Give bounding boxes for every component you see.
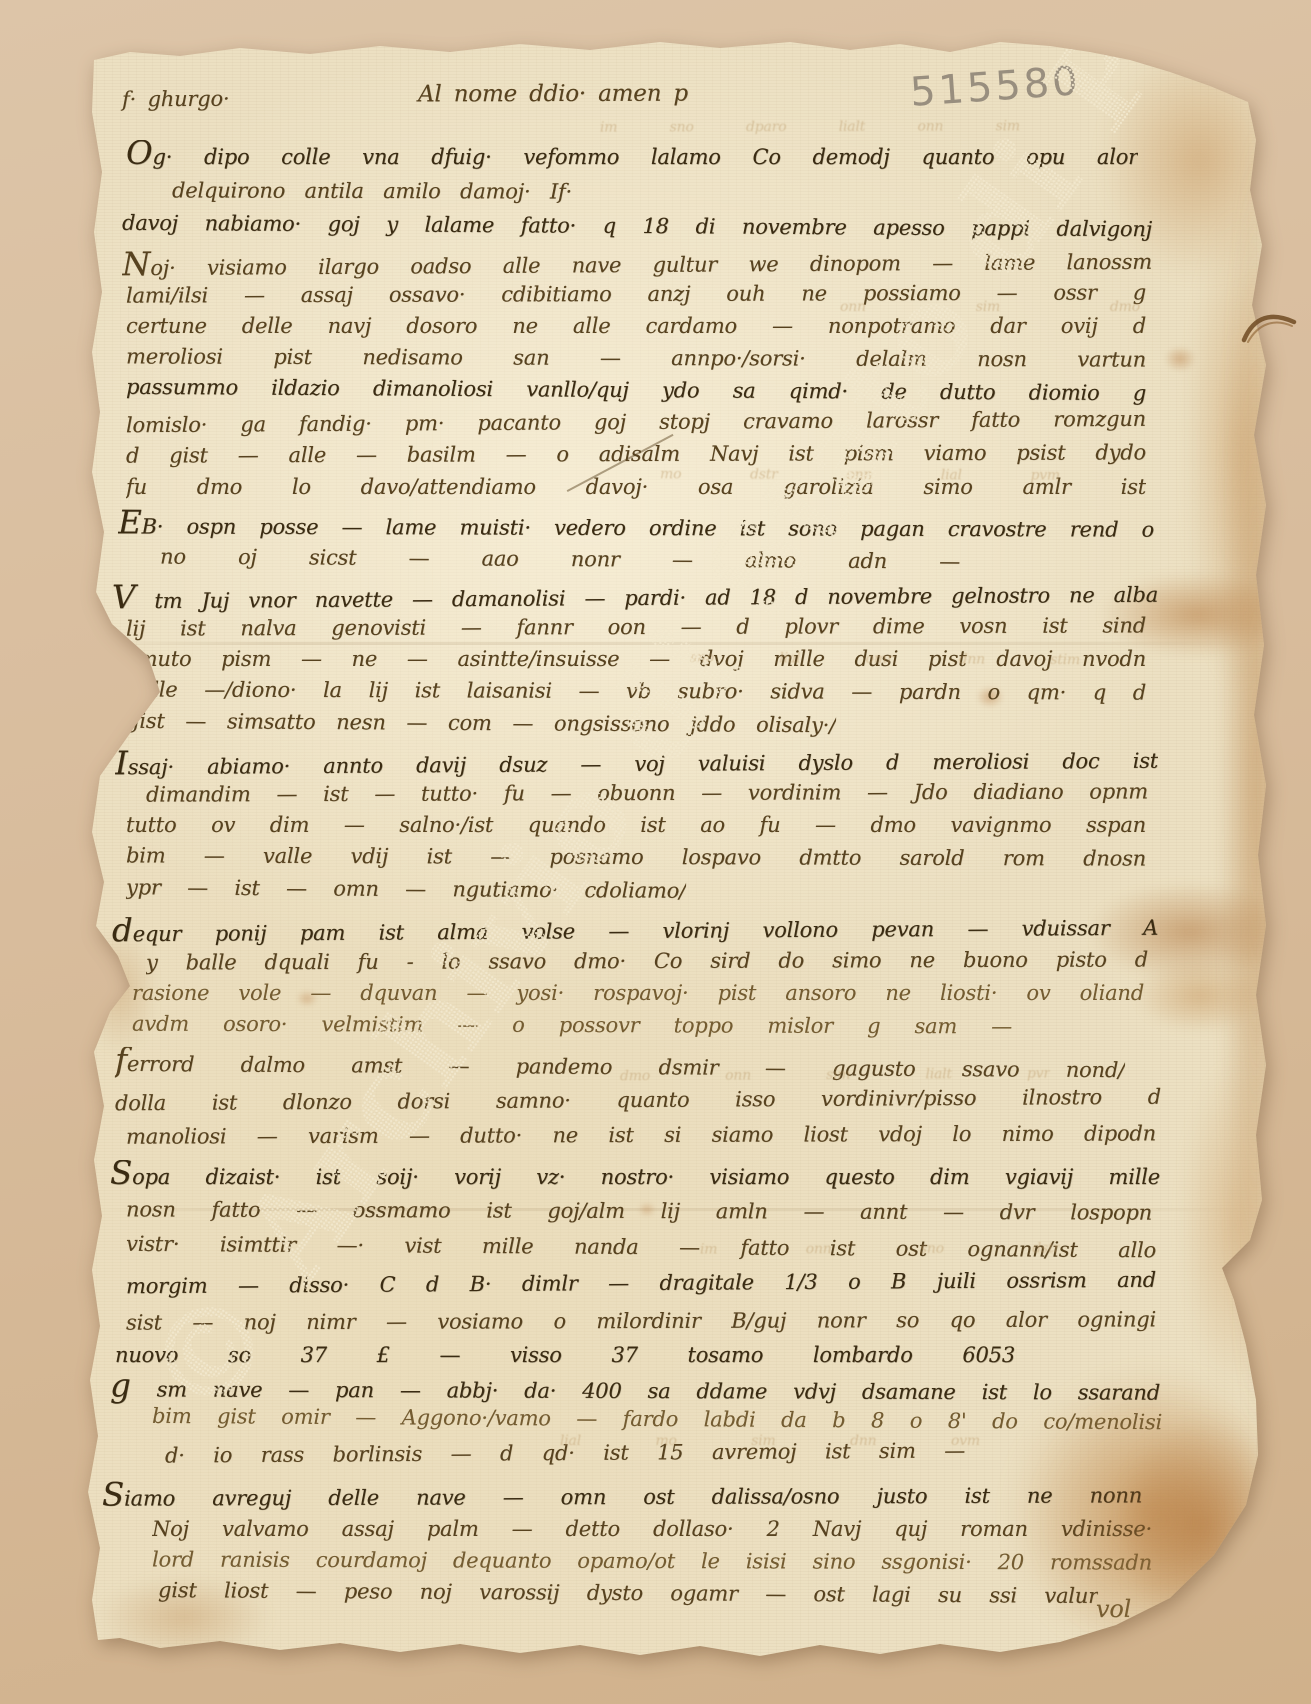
invocation-header: Al nome ddio· amen p (418, 80, 688, 111)
manuscript-line: rasione vole — dquvan — yosi· rospavoj· … (132, 980, 1144, 1014)
manuscript-line: gist liost — peso noj varossij dysto oga… (158, 1577, 1098, 1617)
verso-showthrough: lial mo sim dnn ovm (560, 1432, 980, 1466)
sender-mark: f· ghurgo· (122, 86, 230, 114)
document-page: f· ghurgo·Al nome ddio· amen pOg· dipo c… (0, 0, 1311, 1704)
stain-tint-bottom-right (1030, 1390, 1290, 1650)
verso-showthrough: dmo onn sim lialt pvr (620, 1065, 1050, 1102)
manuscript-line: avdm osoro· velmistim — o possovr toppo … (132, 1011, 1012, 1048)
verso-showthrough: im onn sno dstr (700, 1239, 1060, 1274)
paper-fiber (1238, 306, 1302, 350)
paper-shadow-wrap: f· ghurgo·Al nome ddio· amen pOg· dipo c… (0, 0, 1311, 1704)
manuscript-line: Siamo avreguj delle nave — omn ost dalis… (102, 1478, 1142, 1515)
manuscript-line: Noj valvamo assaj palm — detto dollaso· … (152, 1516, 1152, 1550)
manuscript-line: delquirono antila amilo damoj· If· (172, 177, 572, 212)
manuscript-line: dequr ponij pam ist alma volse — vlorinj… (112, 911, 1158, 952)
verso-showthrough: im sno dparo lialt onn sim (600, 117, 1020, 152)
manuscript-line: EB· ospn posse — lame muisti· vedero ord… (118, 509, 1154, 546)
scan-backdrop: f· ghurgo·Al nome ddio· amen pOg· dipo c… (0, 0, 1311, 1704)
manuscript-line: y balle dquali fu - lo ssavo dmo· Co sir… (146, 946, 1148, 983)
